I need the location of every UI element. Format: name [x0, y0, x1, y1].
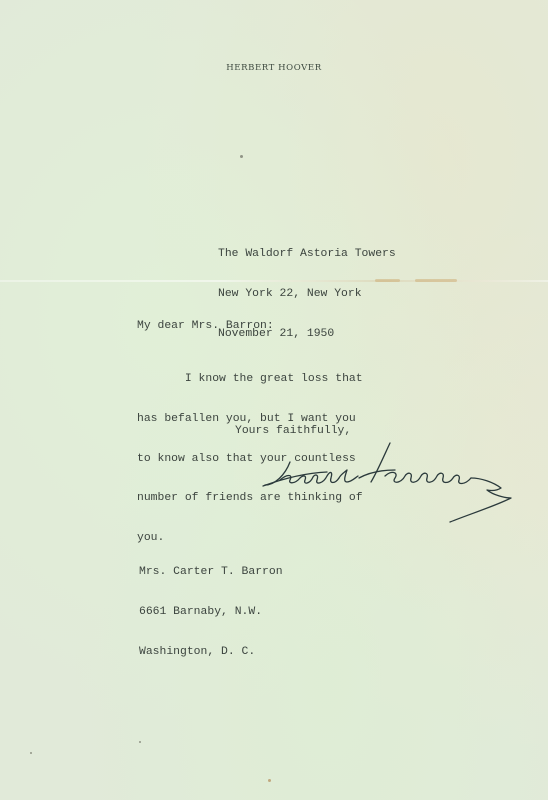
- recipient-name: Mrs. Carter T. Barron: [139, 566, 283, 579]
- paper-speck: [268, 779, 271, 782]
- recipient-address-block: Mrs. Carter T. Barron 6661 Barnaby, N.W.…: [139, 540, 283, 685]
- recipient-street: 6661 Barnaby, N.W.: [139, 606, 283, 619]
- salutation: My dear Mrs. Barron:: [137, 320, 274, 333]
- recipient-city: Washington, D. C.: [139, 646, 283, 659]
- paper-stain: [415, 279, 457, 282]
- paper-speck: [139, 741, 141, 743]
- closing: Yours faithfully,: [235, 425, 351, 438]
- paper-speck: [240, 155, 243, 158]
- letterhead-name: HERBERT HOOVER: [0, 63, 548, 73]
- letter-page: HERBERT HOOVER The Waldorf Astoria Tower…: [0, 0, 548, 800]
- sender-address-line: New York 22, New York: [218, 288, 396, 301]
- sender-address-block: The Waldorf Astoria Towers New York 22, …: [218, 222, 396, 367]
- signature-herbert-hoover: [255, 440, 525, 530]
- sender-address-line: The Waldorf Astoria Towers: [218, 248, 396, 261]
- paper-speck: [30, 752, 32, 754]
- body-line: I know the great loss that: [137, 373, 363, 386]
